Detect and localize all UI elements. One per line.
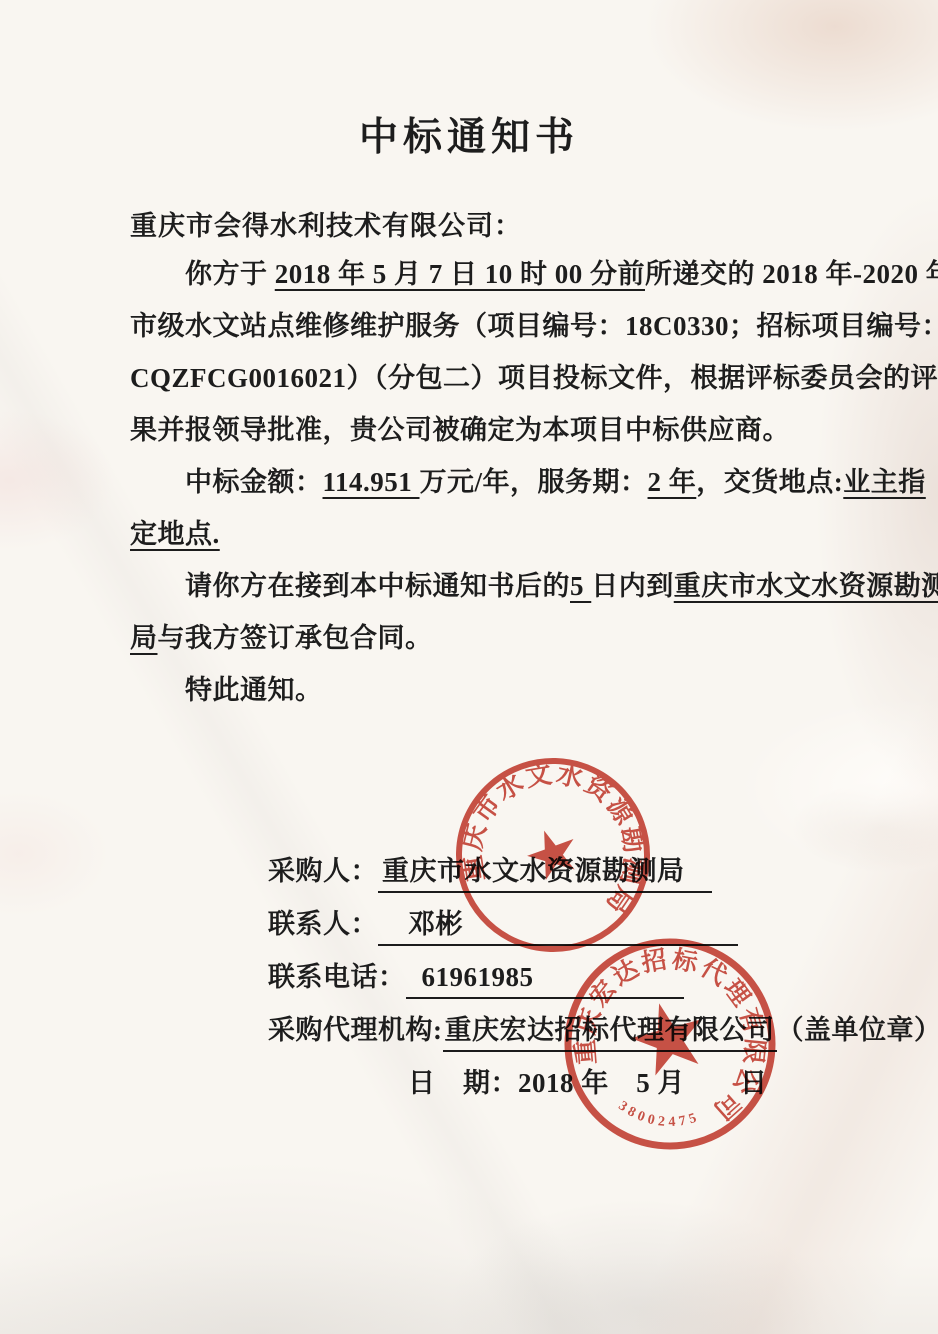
- text: 中标金额：: [185, 467, 323, 497]
- text: 日内到: [591, 571, 674, 601]
- underlined-text: 重庆市水文水资源勘测: [674, 571, 938, 601]
- text: 所递交的 2018 年-2020 年: [645, 259, 938, 289]
- body-line: 中标金额：114.951 万元/年，服务期：2 年，交货地点:业主指: [130, 456, 830, 508]
- body-line: 请你方在接到本中标通知书后的5 日内到重庆市水文水资源勘测: [130, 560, 830, 612]
- text: 万元/年，服务期：: [420, 467, 648, 497]
- text: 请你方在接到本中标通知书后的: [185, 571, 570, 601]
- addressee-line: 重庆市会得水利技术有限公司：: [130, 204, 522, 243]
- star-icon: [624, 994, 712, 1079]
- text: 与我方签订承包合同。: [158, 623, 433, 653]
- body-line: 局与我方签订承包合同。: [130, 612, 830, 664]
- text: 果并报领导批准，贵公司被确定为本项目中标供应商。: [130, 415, 790, 445]
- underlined-text: 114.951: [323, 467, 420, 497]
- agency-label: 采购代理机构:: [268, 1015, 443, 1045]
- text: CQZFCG0016021）（分包二）项目投标文件，根据评标委员会的评审结: [130, 363, 938, 393]
- document-title: 中标通知书: [0, 106, 938, 162]
- underlined-text: 业主指: [843, 467, 926, 497]
- contact-label: 联系人：: [268, 909, 378, 939]
- agency-suffix: （盖单位章）: [777, 1015, 938, 1045]
- scanned-document-page: 中标通知书 重庆市会得水利技术有限公司： 你方于 2018 年 5 月 7 日 …: [0, 0, 938, 1334]
- body-text: 你方于 2018 年 5 月 7 日 10 时 00 分前所递交的 2018 年…: [130, 248, 830, 716]
- text: 你方于: [185, 259, 275, 289]
- body-line: 特此通知。: [130, 664, 830, 716]
- date-label: 日 期：: [408, 1068, 518, 1098]
- underlined-text: 定地点.: [130, 519, 220, 549]
- body-line: 你方于 2018 年 5 月 7 日 10 时 00 分前所递交的 2018 年…: [130, 248, 830, 300]
- phone-label: 联系电话：: [268, 962, 406, 992]
- underlined-text: 2 年: [648, 467, 697, 497]
- underlined-text: 2018 年 5 月 7 日 10 时 00 分前: [275, 259, 645, 289]
- body-line: CQZFCG0016021）（分包二）项目投标文件，根据评标委员会的评审结: [130, 352, 830, 404]
- body-line: 定地点.: [130, 508, 830, 560]
- underlined-text: 局: [130, 623, 158, 653]
- star-icon: [521, 822, 583, 883]
- body-line: 果并报领导批准，贵公司被确定为本项目中标供应商。: [130, 404, 830, 456]
- text: 特此通知。: [185, 675, 323, 705]
- body-line: 市级水文站点维修维护服务（项目编号：18C0330；招标项目编号：: [130, 300, 830, 352]
- text: ，交货地点:: [696, 467, 843, 497]
- text: 市级水文站点维修维护服务（项目编号：18C0330；招标项目编号：: [130, 311, 938, 341]
- underlined-text: 5: [570, 571, 591, 601]
- purchaser-label: 采购人：: [268, 856, 378, 886]
